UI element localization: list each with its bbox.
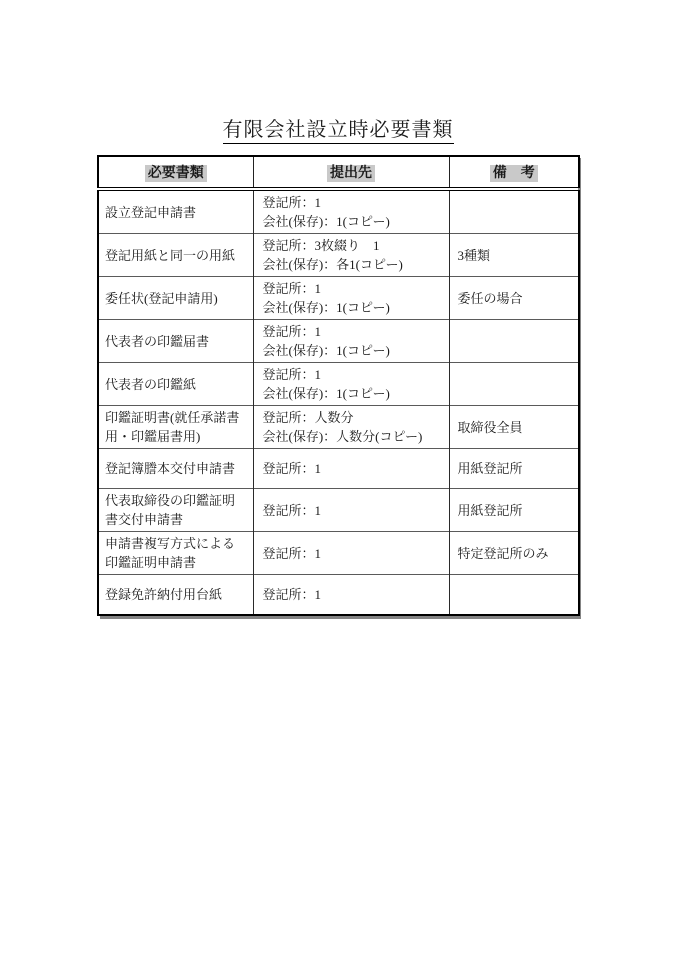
submit-to-cell: 登記所：1: [253, 575, 449, 615]
table-row: 印鑑証明書(就任承諾書用・印鑑届書用) 登記所：人数分会社(保存)：人数分(コピ…: [98, 406, 579, 449]
title-container: 有限会社設立時必要書類: [97, 113, 579, 144]
note-cell: [449, 189, 579, 234]
submit-to-cell: 登記所：1会社(保存)：1(コピー): [253, 189, 449, 234]
table-row: 代表取締役の印鑑証明書交付申請書 登記所：1 用紙登記所: [98, 489, 579, 532]
header-row: 必要書類 提出先 備 考: [98, 156, 579, 189]
submit-line: 会社(保存)：1(コピー): [263, 341, 443, 360]
submit-to-cell: 登記所：1: [253, 489, 449, 532]
table-body: 設立登記申請書 登記所：1会社(保存)：1(コピー) 登記用紙と同一の用紙 登記…: [98, 189, 579, 615]
header-label: 備 考: [490, 165, 538, 182]
header-submit-to: 提出先: [253, 156, 449, 189]
note-cell: 3種類: [449, 234, 579, 277]
note-cell: [449, 363, 579, 406]
submit-to-cell: 登記所：1: [253, 532, 449, 575]
submit-to-cell: 登記所：1会社(保存)：1(コピー): [253, 277, 449, 320]
submit-to-cell: 登記所：3枚綴り 1会社(保存)：各1(コピー): [253, 234, 449, 277]
note-cell: 取締役全員: [449, 406, 579, 449]
documents-table: 必要書類 提出先 備 考 設立登記申請書 登記所：1会社(保存)：1(コピー) …: [97, 155, 580, 616]
table-row: 登録免許納付用台紙 登記所：1: [98, 575, 579, 615]
submit-line: 登記所：1: [263, 501, 443, 520]
table-row: 代表者の印鑑届書 登記所：1会社(保存)：1(コピー): [98, 320, 579, 363]
note-cell: [449, 320, 579, 363]
document-name-cell: 登記用紙と同一の用紙: [98, 234, 253, 277]
table-row: 申請書複写方式による印鑑証明申請書 登記所：1 特定登記所のみ: [98, 532, 579, 575]
submit-line: 会社(保存)：1(コピー): [263, 298, 443, 317]
submit-to-cell: 登記所：1会社(保存)：1(コピー): [253, 363, 449, 406]
document-name-cell: 代表者の印鑑紙: [98, 363, 253, 406]
document-name-cell: 印鑑証明書(就任承諾書用・印鑑届書用): [98, 406, 253, 449]
document-name-cell: 代表取締役の印鑑証明書交付申請書: [98, 489, 253, 532]
header-required-documents: 必要書類: [98, 156, 253, 189]
table-row: 登記簿謄本交付申請書 登記所：1 用紙登記所: [98, 449, 579, 489]
note-cell: 用紙登記所: [449, 489, 579, 532]
submit-line: 登記所：1: [263, 365, 443, 384]
note-cell: 用紙登記所: [449, 449, 579, 489]
header-remarks: 備 考: [449, 156, 579, 189]
submit-line: 会社(保存)：1(コピー): [263, 212, 443, 231]
header-label: 提出先: [327, 165, 375, 182]
submit-line: 会社(保存)：1(コピー): [263, 384, 443, 403]
document-name-cell: 委任状(登記申請用): [98, 277, 253, 320]
table-row: 代表者の印鑑紙 登記所：1会社(保存)：1(コピー): [98, 363, 579, 406]
submit-line: 登記所：1: [263, 544, 443, 563]
document-page: 有限会社設立時必要書類 必要書類 提出先 備 考 設立登記申請書: [0, 0, 680, 962]
documents-table-container: 必要書類 提出先 備 考 設立登記申請書 登記所：1会社(保存)：1(コピー) …: [97, 155, 578, 616]
submit-line: 登記所：1: [263, 279, 443, 298]
note-cell: 特定登記所のみ: [449, 532, 579, 575]
table-row: 登記用紙と同一の用紙 登記所：3枚綴り 1会社(保存)：各1(コピー) 3種類: [98, 234, 579, 277]
submit-line: 会社(保存)：各1(コピー): [263, 255, 443, 274]
document-name-cell: 申請書複写方式による印鑑証明申請書: [98, 532, 253, 575]
header-label: 必要書類: [145, 165, 207, 182]
document-name-cell: 登録免許納付用台紙: [98, 575, 253, 615]
submit-line: 登記所：1: [263, 585, 443, 604]
note-cell: [449, 575, 579, 615]
document-name-cell: 登記簿謄本交付申請書: [98, 449, 253, 489]
submit-line: 登記所：1: [263, 193, 443, 212]
submit-line: 登記所：1: [263, 322, 443, 341]
note-cell: 委任の場合: [449, 277, 579, 320]
submit-to-cell: 登記所：1: [253, 449, 449, 489]
submit-line: 登記所：1: [263, 459, 443, 478]
table-row: 委任状(登記申請用) 登記所：1会社(保存)：1(コピー) 委任の場合: [98, 277, 579, 320]
submit-to-cell: 登記所：人数分会社(保存)：人数分(コピー): [253, 406, 449, 449]
submit-to-cell: 登記所：1会社(保存)：1(コピー): [253, 320, 449, 363]
document-name-cell: 代表者の印鑑届書: [98, 320, 253, 363]
page-title: 有限会社設立時必要書類: [223, 113, 454, 144]
submit-line: 会社(保存)：人数分(コピー): [263, 427, 443, 446]
submit-line: 登記所：人数分: [263, 408, 443, 427]
submit-line: 登記所：3枚綴り 1: [263, 236, 443, 255]
document-name-cell: 設立登記申請書: [98, 189, 253, 234]
table-row: 設立登記申請書 登記所：1会社(保存)：1(コピー): [98, 189, 579, 234]
